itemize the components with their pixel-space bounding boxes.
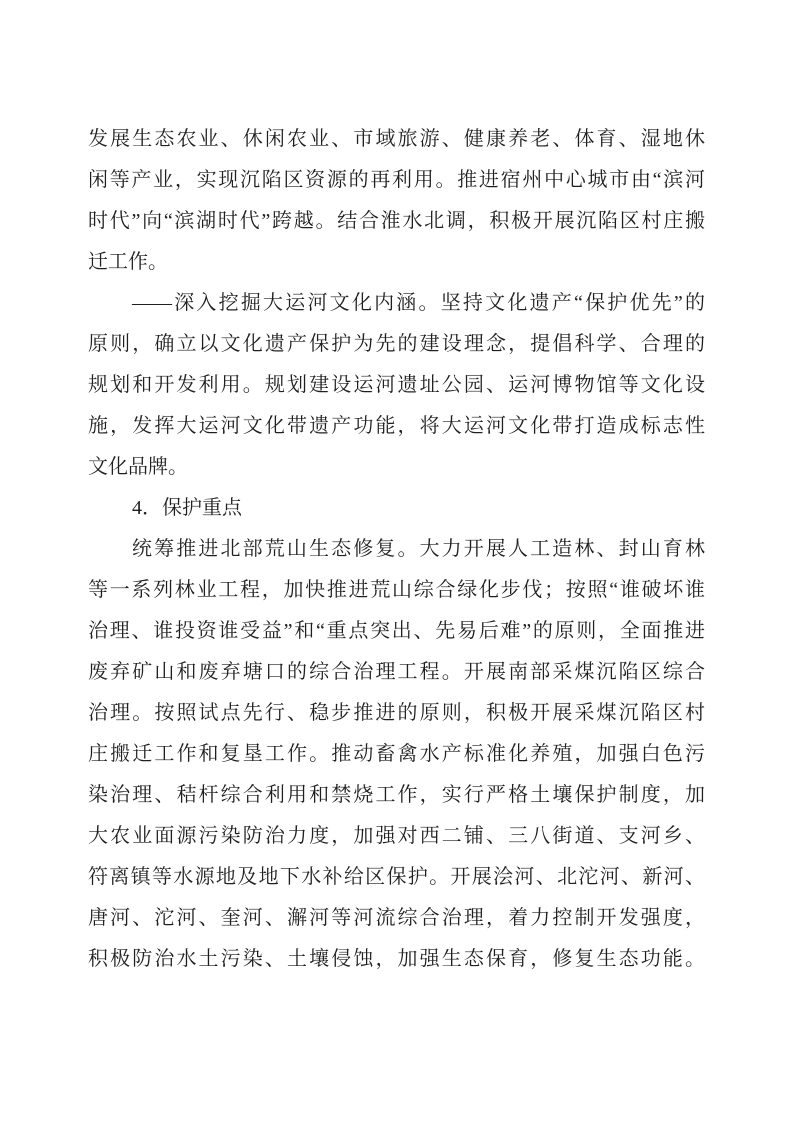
text-line: 时代”向“滨湖时代”跨越。结合淮水北调，积极开展沉陷区村庄搬 [88,201,705,242]
text-line: 原则，确立以文化遗产保护为先的建设理念，提倡科学、合理的 [88,324,705,365]
heading-protection-priorities: 4．保护重点 [88,488,705,529]
text-line: 废弃矿山和废弃塘口的综合治理工程。开展南部采煤沉陷区综合 [88,652,705,693]
text-line: 等一系列林业工程，加快推进荒山综合绿化步伐；按照“谁破坏谁 [88,570,705,611]
text-line: 施，发挥大运河文化带遗产功能，将大运河文化带打造成标志性 [88,406,705,447]
text-line: 大农业面源污染防治力度，加强对西二铺、三八街道、支河乡、 [88,816,705,857]
text-line: ——深入挖掘大运河文化内涵。坚持文化遗产“保护优先”的 [88,283,705,324]
paragraph-protection-measures: 统筹推进北部荒山生态修复。大力开展人工造林、封山育林 等一系列林业工程，加快推进… [88,529,705,980]
text-line: 治理、谁投资谁受益”和“重点突出、先易后难”的原则，全面推进 [88,611,705,652]
text-line: 符离镇等水源地及地下水补给区保护。开展浍河、北沱河、新河、 [88,857,705,898]
text-line: 规划和开发利用。规划建设运河遗址公园、运河博物馆等文化设 [88,365,705,406]
text-line: 积极防治水土污染、土壤侵蚀，加强生态保育，修复生态功能。 [88,939,705,980]
text-line: 统筹推进北部荒山生态修复。大力开展人工造林、封山育林 [88,529,705,570]
text-line: 治理。按照试点先行、稳步推进的原则，积极开展采煤沉陷区村 [88,693,705,734]
text-line: 唐河、沱河、奎河、澥河等河流综合治理，着力控制开发强度， [88,898,705,939]
text-line: 文化品牌。 [88,447,705,488]
document-body: 发展生态农业、休闲农业、市域旅游、健康养老、体育、湿地休 闲等产业，实现沉陷区资… [88,119,705,980]
section-heading: 4．保护重点 [88,488,705,529]
text-line: 发展生态农业、休闲农业、市域旅游、健康养老、体育、湿地休 [88,119,705,160]
paragraph-grand-canal-culture: ——深入挖掘大运河文化内涵。坚持文化遗产“保护优先”的 原则，确立以文化遗产保护… [88,283,705,488]
paragraph-sinkhole-area-reuse: 发展生态农业、休闲农业、市域旅游、健康养老、体育、湿地休 闲等产业，实现沉陷区资… [88,119,705,283]
text-line: 染治理、秸杆综合利用和禁烧工作，实行严格土壤保护制度，加 [88,775,705,816]
text-line: 闲等产业，实现沉陷区资源的再利用。推进宿州中心城市由“滨河 [88,160,705,201]
text-line: 迁工作。 [88,242,705,283]
text-line: 庄搬迁工作和复垦工作。推动畜禽水产标准化养殖，加强白色污 [88,734,705,775]
document-page: 发展生态农业、休闲农业、市域旅游、健康养老、体育、湿地休 闲等产业，实现沉陷区资… [0,0,793,1122]
